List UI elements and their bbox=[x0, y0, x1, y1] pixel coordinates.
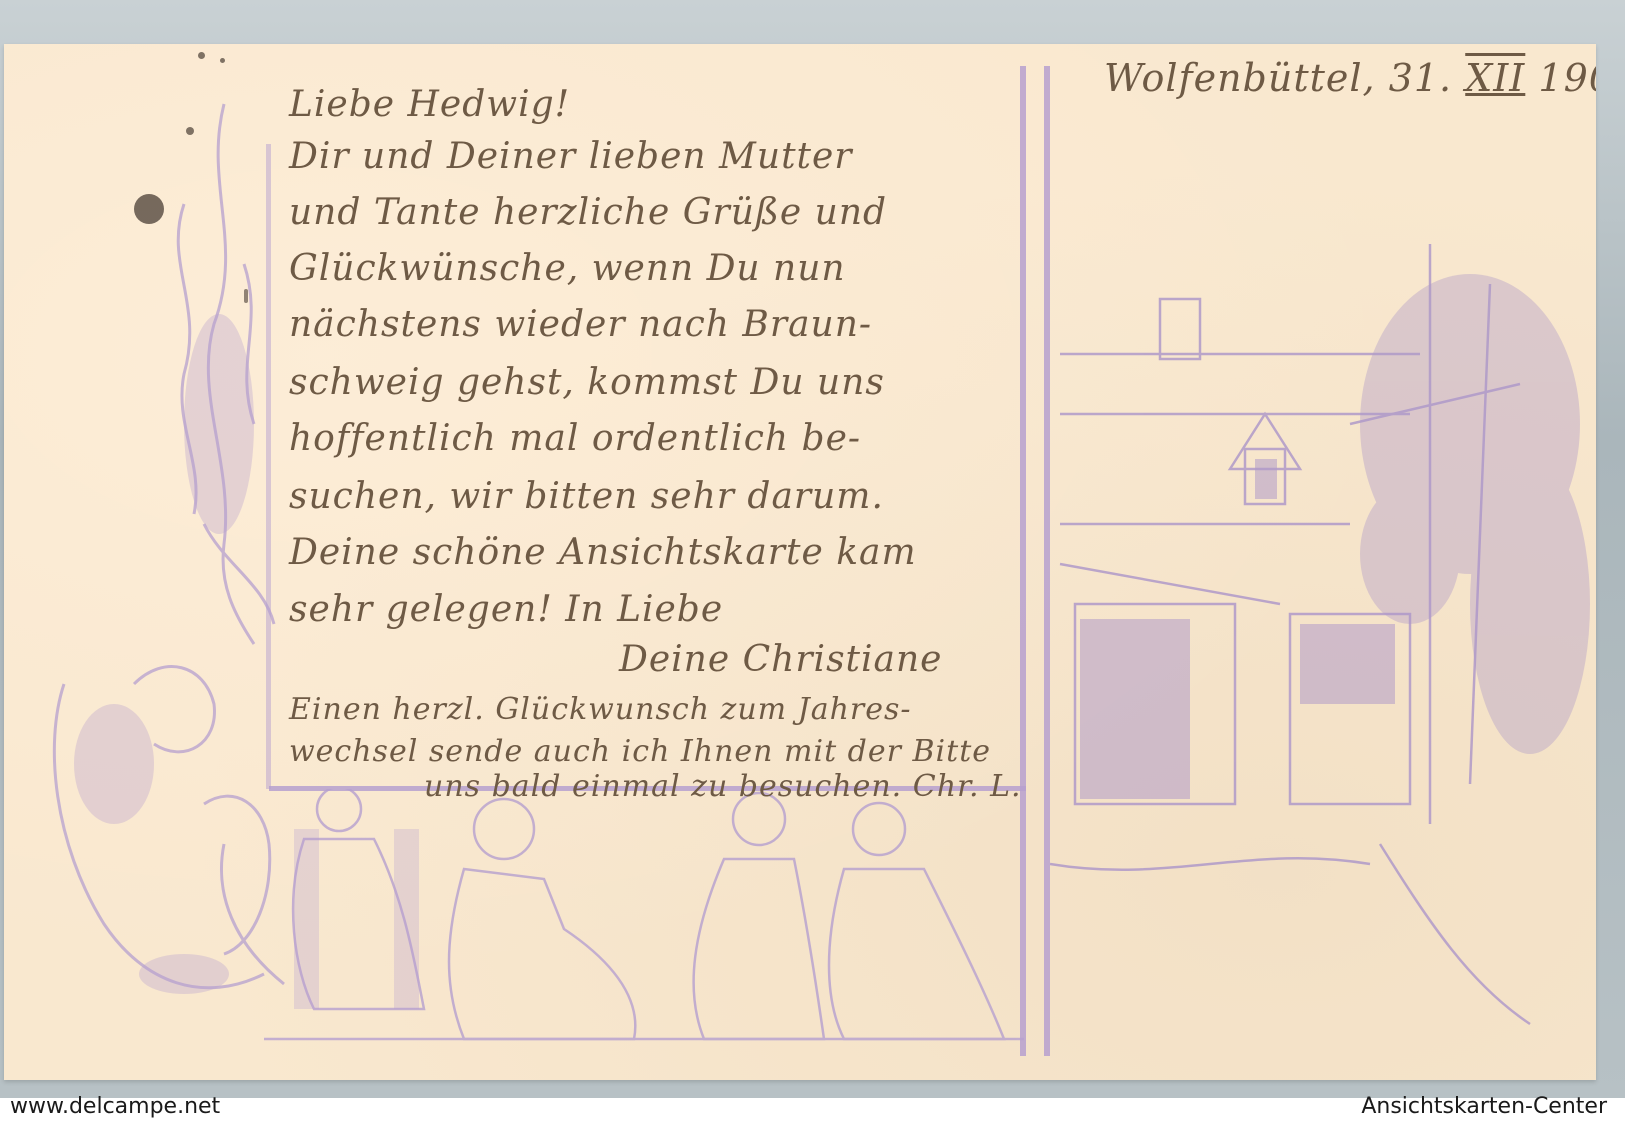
letter-line: nächstens wieder nach Braun- bbox=[289, 304, 872, 345]
letter-line: Dir und Deiner lieben Mutter bbox=[289, 136, 853, 177]
letter-line: schweig gehst, kommst Du uns bbox=[289, 362, 885, 403]
letter-line: Deine schöne Ansichtskarte kam bbox=[289, 532, 917, 573]
watermark-delcampe: www.delcampe.net bbox=[10, 1094, 220, 1119]
letter-frame-left-line bbox=[266, 144, 271, 789]
children-illustration bbox=[264, 789, 1024, 1049]
dateline: Wolfenbüttel, 31. XII 1903. bbox=[1104, 56, 1596, 100]
left-illustration bbox=[4, 44, 294, 1080]
letter-line: suchen, wir bitten sehr darum. bbox=[289, 476, 884, 517]
letter-signature: Deine Christiane bbox=[619, 639, 942, 680]
letter-line: Einen herzl. Glückwunsch zum Jahres- bbox=[289, 692, 912, 727]
letter-line: hoffentlich mal ordentlich be- bbox=[289, 418, 861, 459]
dateline-place: Wolfenbüttel, bbox=[1104, 56, 1376, 100]
letter-line: und Tante herzliche Grüße und bbox=[289, 192, 887, 233]
right-illustration bbox=[1050, 224, 1596, 1044]
postcard: Wolfenbüttel, 31. XII 1903. Liebe Hedwig… bbox=[4, 44, 1596, 1080]
dateline-year: 1903. bbox=[1538, 56, 1596, 100]
dateline-day: 31. bbox=[1389, 56, 1452, 100]
dateline-month: XII bbox=[1465, 56, 1525, 100]
letter-line: Liebe Hedwig! bbox=[289, 84, 570, 125]
letter-line: uns bald einmal zu besuchen. Chr. L. bbox=[424, 769, 1022, 804]
letter-line: sehr gelegen! In Liebe bbox=[289, 589, 723, 630]
watermark-ansichtskarten-center: Ansichtskarten-Center bbox=[1361, 1094, 1607, 1119]
letter-line: Glückwünsche, wenn Du nun bbox=[289, 248, 846, 289]
letter-line: wechsel sende auch ich Ihnen mit der Bit… bbox=[289, 734, 991, 769]
